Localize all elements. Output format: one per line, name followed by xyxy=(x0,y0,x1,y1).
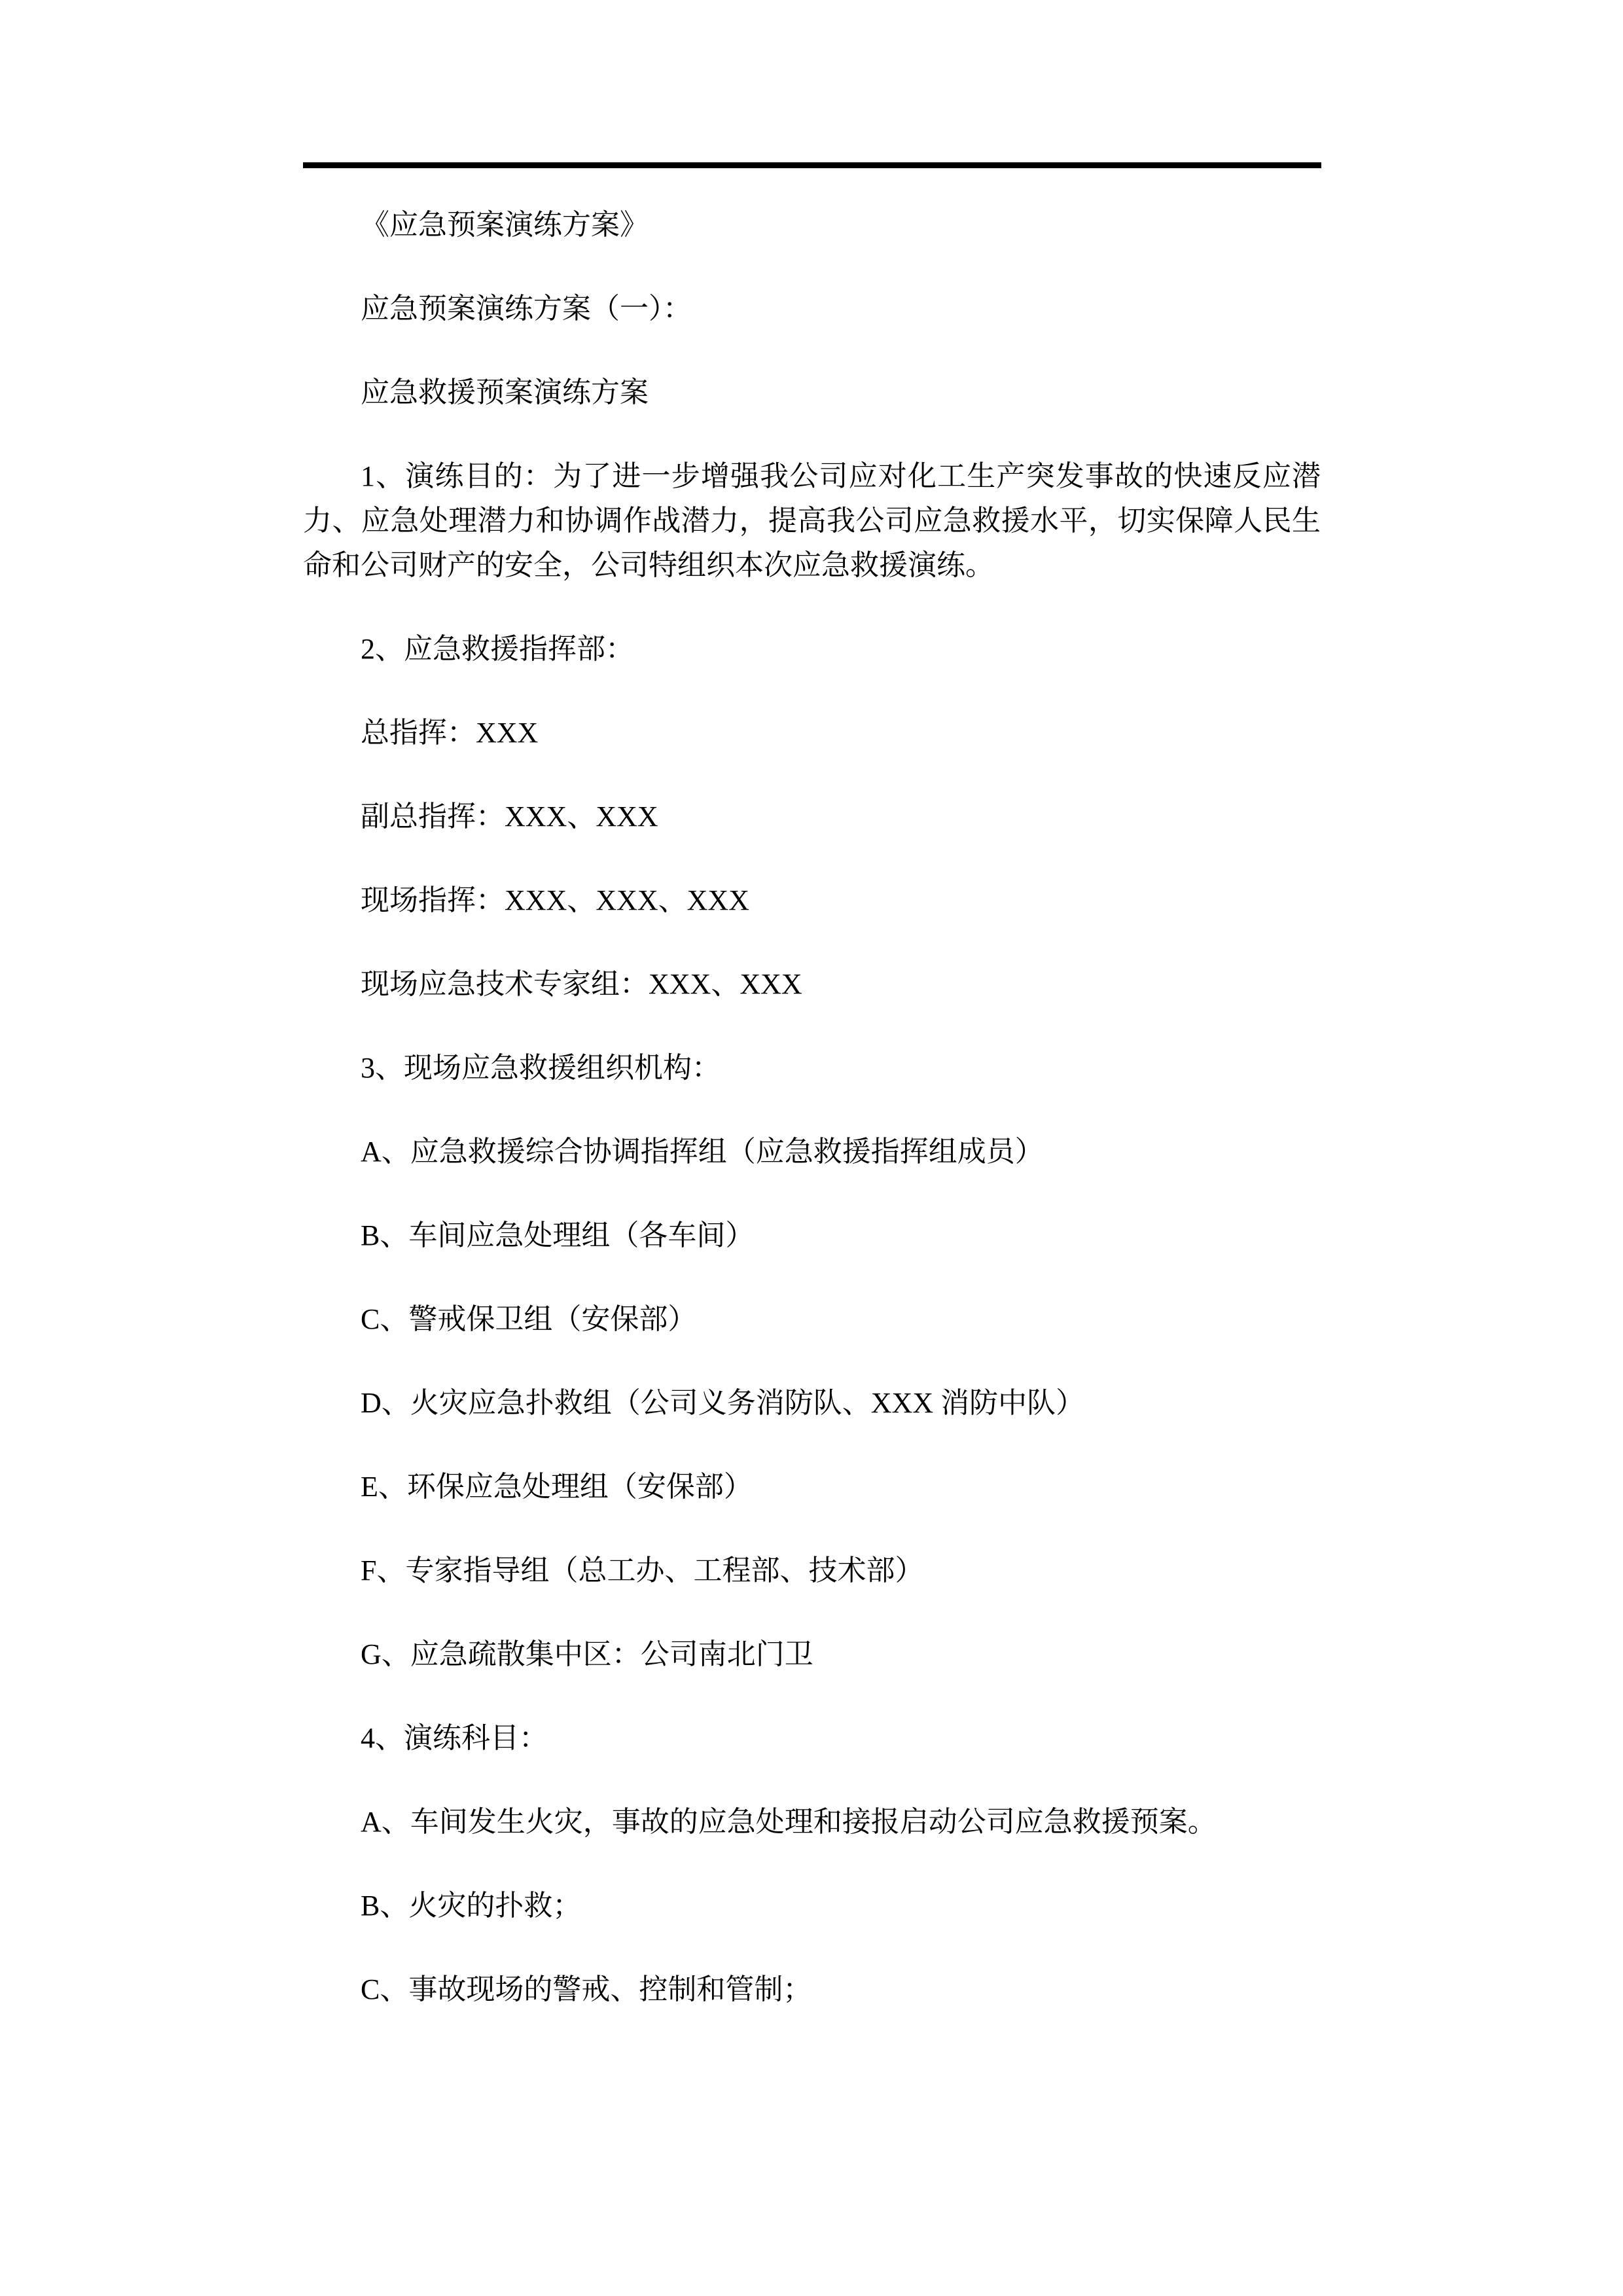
document-title: 《应急预案演练方案》 xyxy=(303,203,1321,247)
section-3-heading: 3、现场应急救援组织机构： xyxy=(303,1046,1321,1090)
deputy-commander-line: 副总指挥：XXX、XXX xyxy=(303,795,1321,839)
site-commander-line: 现场指挥：XXX、XXX、XXX xyxy=(303,878,1321,923)
list-item-e-org: E、环保应急处理组（安保部） xyxy=(303,1465,1321,1509)
header-rule-divider xyxy=(303,162,1321,168)
list-item-c-subject: C、事故现场的警戒、控制和管制； xyxy=(303,1967,1321,2012)
list-item-a-org: A、应急救援综合协调指挥组（应急救援指挥组成员） xyxy=(303,1130,1321,1174)
commander-line: 总指挥：XXX xyxy=(303,711,1321,755)
document-page: 《应急预案演练方案》 应急预案演练方案（一）： 应急救援预案演练方案 1、演练目… xyxy=(0,0,1623,2296)
list-item-g-org: G、应急疏散集中区：公司南北门卫 xyxy=(303,1632,1321,1677)
document-subtitle-2: 应急救援预案演练方案 xyxy=(303,370,1321,415)
section-4-heading: 4、演练科目： xyxy=(303,1716,1321,1761)
section-1-purpose: 1、演练目的：为了进一步增强我公司应对化工生产突发事故的快速反应潜力、应急处理潜… xyxy=(303,454,1321,588)
list-item-d-org: D、火灾应急扑救组（公司义务消防队、XXX 消防中队） xyxy=(303,1381,1321,1426)
expert-group-line: 现场应急技术专家组：XXX、XXX xyxy=(303,962,1321,1007)
document-subtitle: 应急预案演练方案（一）： xyxy=(303,287,1321,331)
list-item-b-org: B、车间应急处理组（各车间） xyxy=(303,1213,1321,1258)
list-item-f-org: F、专家指导组（总工办、工程部、技术部） xyxy=(303,1549,1321,1593)
list-item-a-subject: A、车间发生火灾，事故的应急处理和接报启动公司应急救援预案。 xyxy=(303,1800,1321,1844)
section-2-heading: 2、应急救援指挥部： xyxy=(303,627,1321,672)
list-item-c-org: C、警戒保卫组（安保部） xyxy=(303,1297,1321,1342)
document-body: 《应急预案演练方案》 应急预案演练方案（一）： 应急救援预案演练方案 1、演练目… xyxy=(303,203,1321,2051)
list-item-b-subject: B、火灾的扑救； xyxy=(303,1884,1321,1928)
